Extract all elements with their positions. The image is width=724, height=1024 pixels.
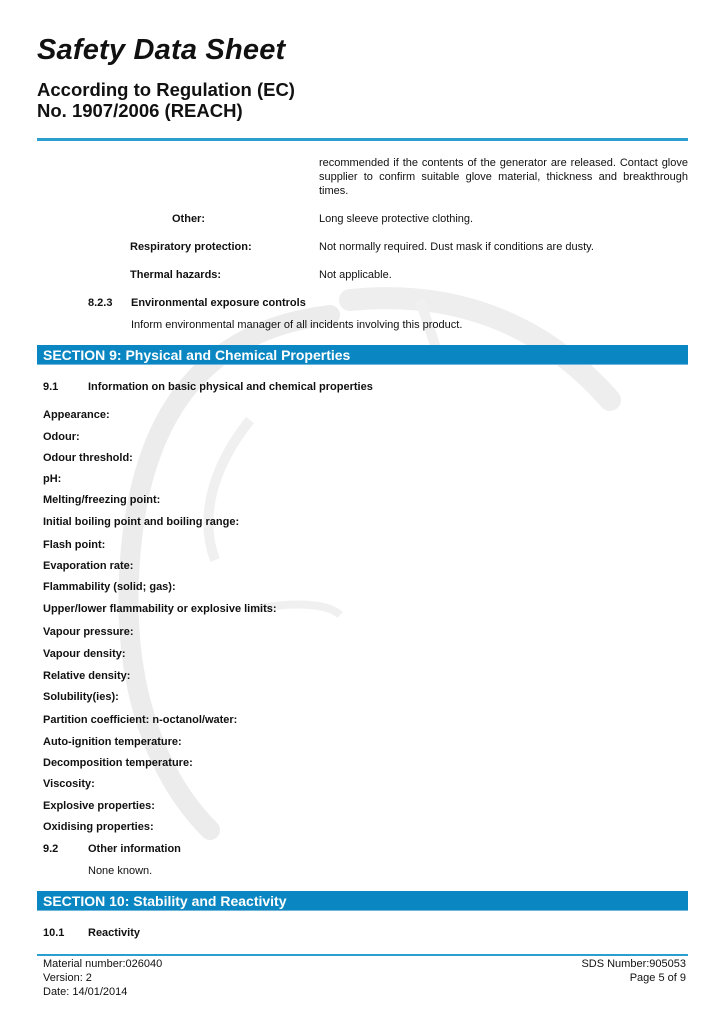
property-label: Upper/lower flammability or explosive li… <box>43 602 277 616</box>
version: Version: 2 <box>43 971 162 985</box>
respiratory-protection-label: Respiratory protection: <box>130 240 252 254</box>
subsection-9-2-number: 9.2 <box>43 842 58 856</box>
property-label: Odour: <box>43 430 80 444</box>
property-label: Explosive properties: <box>43 799 155 813</box>
property-label: Appearance: <box>43 408 110 422</box>
subtitle-line-1: According to Regulation (EC) <box>37 79 295 100</box>
page-number: Page 5 of 9 <box>581 971 686 985</box>
property-label: Odour threshold: <box>43 451 133 465</box>
subsection-10-1-title: Reactivity <box>88 926 140 940</box>
section-9-header: SECTION 9: Physical and Chemical Propert… <box>37 345 688 365</box>
document-title: Safety Data Sheet <box>37 34 285 67</box>
material-number: Material number:026040 <box>43 957 162 971</box>
subtitle-line-2: No. 1907/2006 (REACH) <box>37 100 295 121</box>
date: Date: 14/01/2014 <box>43 985 162 999</box>
footer-right: SDS Number:905053 Page 5 of 9 <box>581 957 686 985</box>
property-label: Partition coefficient: n-octanol/water: <box>43 713 237 727</box>
subsection-9-2-title: Other information <box>88 842 181 856</box>
sds-number: SDS Number:905053 <box>581 957 686 971</box>
property-label: Vapour density: <box>43 647 126 661</box>
property-label: Solubility(ies): <box>43 690 119 704</box>
property-label: Relative density: <box>43 669 130 683</box>
property-label: Viscosity: <box>43 777 95 791</box>
property-label: Oxidising properties: <box>43 820 154 834</box>
header-rule <box>37 138 688 141</box>
property-label: pH: <box>43 472 61 486</box>
property-label: Auto-ignition temperature: <box>43 735 182 749</box>
property-label: Flash point: <box>43 538 105 552</box>
subsection-9-1-title: Information on basic physical and chemic… <box>88 380 373 394</box>
subsection-9-1-number: 9.1 <box>43 380 58 394</box>
environmental-controls-text: Inform environmental manager of all inci… <box>131 318 462 332</box>
sds-page: Safety Data Sheet According to Regulatio… <box>0 0 724 1024</box>
subsection-8-2-3-title: Environmental exposure controls <box>131 296 306 310</box>
subsection-8-2-3-number: 8.2.3 <box>88 296 112 310</box>
document-subtitle: According to Regulation (EC) No. 1907/20… <box>37 79 295 121</box>
thermal-hazards-label: Thermal hazards: <box>130 268 221 282</box>
hand-protection-continued: recommended if the contents of the gener… <box>319 156 688 198</box>
other-information-text: None known. <box>88 864 152 878</box>
other-value: Long sleeve protective clothing. <box>319 212 473 226</box>
property-label: Decomposition temperature: <box>43 756 193 770</box>
subsection-10-1-number: 10.1 <box>43 926 64 940</box>
property-label: Flammability (solid; gas): <box>43 580 176 594</box>
thermal-hazards-value: Not applicable. <box>319 268 392 282</box>
property-label: Evaporation rate: <box>43 559 133 573</box>
footer-rule <box>37 954 688 956</box>
property-label: Vapour pressure: <box>43 625 133 639</box>
property-label: Initial boiling point and boiling range: <box>43 515 239 529</box>
property-label: Melting/freezing point: <box>43 493 160 507</box>
section-10-header: SECTION 10: Stability and Reactivity <box>37 891 688 911</box>
footer-left: Material number:026040 Version: 2 Date: … <box>43 957 162 999</box>
other-label: Other: <box>172 212 205 226</box>
respiratory-protection-value: Not normally required. Dust mask if cond… <box>319 240 594 254</box>
